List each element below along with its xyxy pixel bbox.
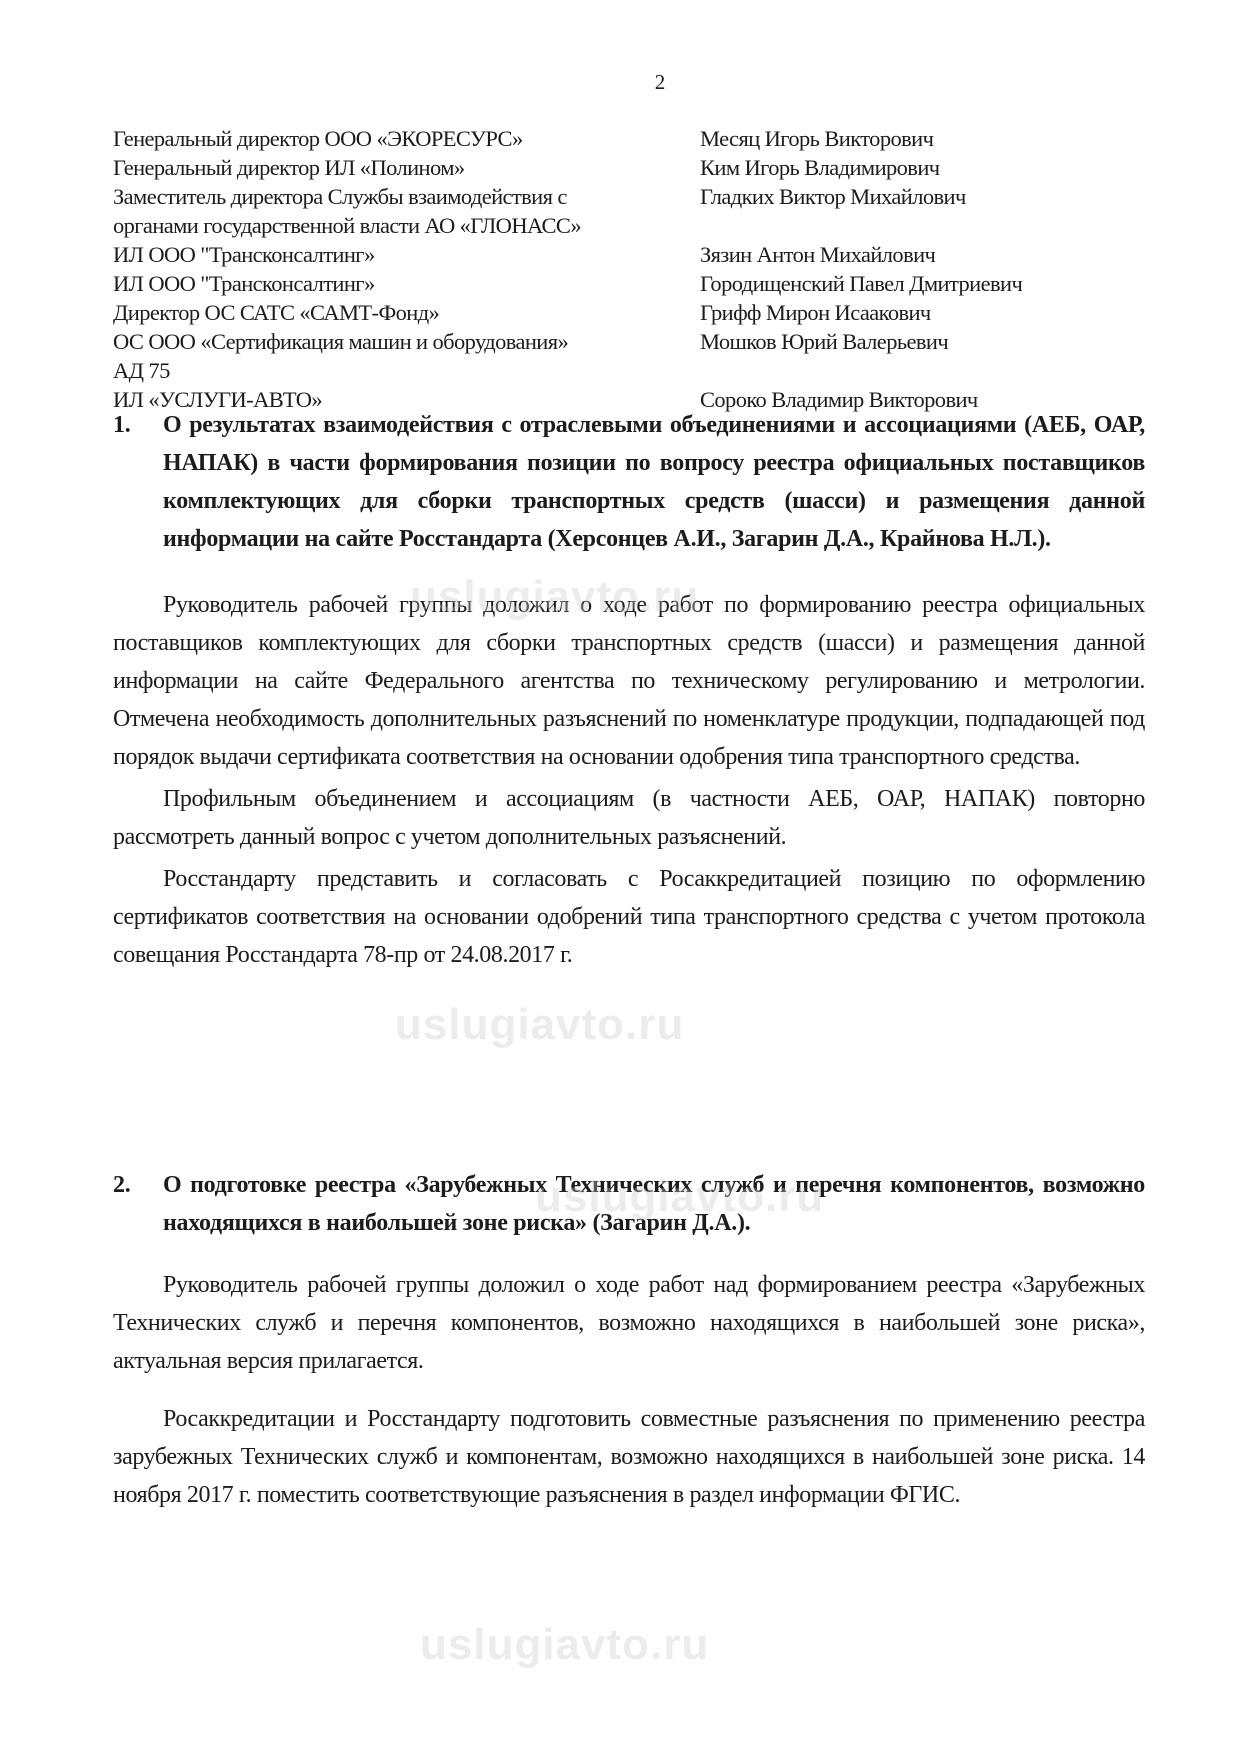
section-title: О подготовке реестра «Зарубежных Техниче… [163,1166,1145,1242]
attendee-row: Директор ОС САТС «САМТ-Фонд» Грифф Мирон… [113,298,1113,327]
attendee-name: Зязин Антон Михайлович [700,240,1113,269]
section-2: 2. О подготовке реестра «Зарубежных Техн… [113,1166,1145,1514]
attendee-org: Генеральный директор ИЛ «Полином» [113,153,700,182]
section-paragraph: Руководитель рабочей группы доложил о хо… [113,1266,1145,1380]
watermark: uslugiavto.ru [420,1620,709,1670]
attendee-org: Заместитель директора Службы взаимодейст… [113,182,700,211]
attendee-name: Городищенский Павел Дмитриевич [700,269,1113,298]
attendee-org: ИЛ ООО "Трансконсалтинг» [113,269,700,298]
section-title: О результатах взаимодействия с отраслевы… [163,406,1145,558]
page-number: 2 [0,70,1240,95]
attendee-row: Генеральный директор ООО «ЭКОРЕСУРС» Мес… [113,124,1113,153]
section-paragraph: Профильным объединением и ассоциациям (в… [113,780,1145,856]
attendee-org: ИЛ ООО "Трансконсалтинг» [113,240,700,269]
attendee-name [700,356,1113,385]
attendees-list: Генеральный директор ООО «ЭКОРЕСУРС» Мес… [113,124,1113,414]
section-heading: 1. О результатах взаимодействия с отрасл… [113,406,1145,558]
section-number: 2. [113,1166,163,1242]
section-1: 1. О результатах взаимодействия с отрасл… [113,406,1145,974]
attendee-org: ОС ООО «Сертификация машин и оборудовани… [113,327,700,356]
attendee-row: АД 75 [113,356,1113,385]
attendee-row: Заместитель директора Службы взаимодейст… [113,182,1113,211]
attendee-org: Директор ОС САТС «САМТ-Фонд» [113,298,700,327]
attendee-name: Ким Игорь Владимирович [700,153,1113,182]
section-heading: 2. О подготовке реестра «Зарубежных Техн… [113,1166,1145,1242]
attendee-row: ИЛ ООО "Трансконсалтинг» Зязин Антон Мих… [113,240,1113,269]
section-paragraph: Росаккредитации и Росстандарту подготови… [113,1400,1145,1514]
attendee-name [700,211,1113,240]
watermark: uslugiavto.ru [395,1000,684,1050]
attendee-name: Гладких Виктор Михайлович [700,182,1113,211]
attendee-name: Месяц Игорь Викторович [700,124,1113,153]
attendee-org: органами государственной власти АО «ГЛОН… [113,211,700,240]
attendee-name: Грифф Мирон Исаакович [700,298,1113,327]
attendee-row: Генеральный директор ИЛ «Полином» Ким Иг… [113,153,1113,182]
attendee-row: ОС ООО «Сертификация машин и оборудовани… [113,327,1113,356]
attendee-org: Генеральный директор ООО «ЭКОРЕСУРС» [113,124,700,153]
section-paragraph: Руководитель рабочей группы доложил о хо… [113,586,1145,776]
section-paragraph: Росстандарту представить и согласовать с… [113,860,1145,974]
attendee-org: АД 75 [113,356,700,385]
attendee-row: ИЛ ООО "Трансконсалтинг» Городищенский П… [113,269,1113,298]
attendee-name: Мошков Юрий Валерьевич [700,327,1113,356]
section-number: 1. [113,406,163,558]
attendee-row: органами государственной власти АО «ГЛОН… [113,211,1113,240]
